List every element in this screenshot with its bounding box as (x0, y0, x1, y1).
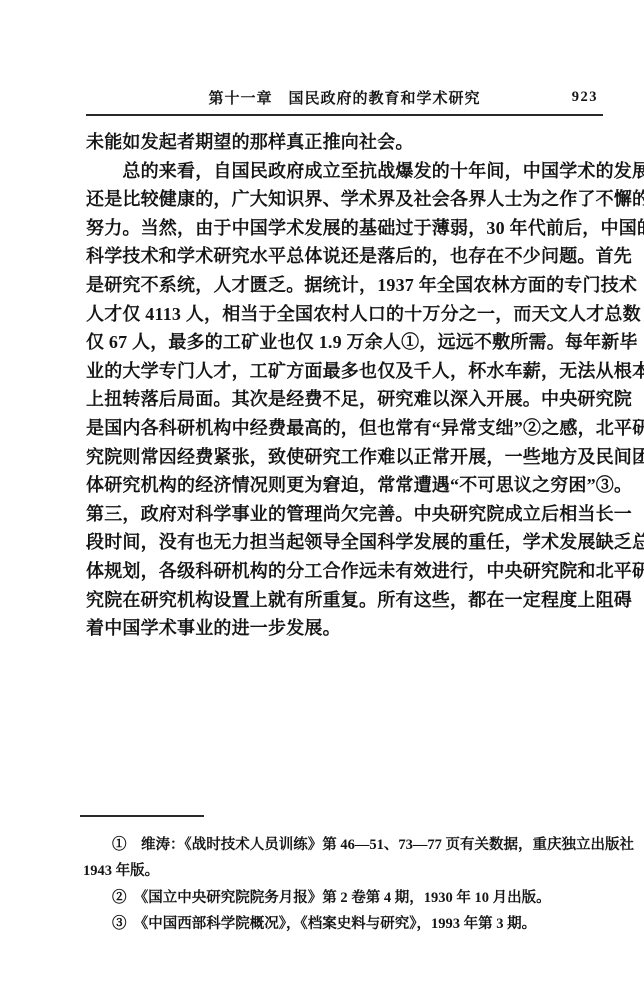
body-text-line: 还是比较健康的，广大知识界、学术界及社会各界人士为之作了不懈的 (86, 185, 608, 214)
body-text-line: 是国内各科研机构中经费最高的，但也常有“异常支绌”②之感，北平研 (86, 414, 608, 443)
footnote-line: ② 《国立中央研究院院务月报》第 2 卷第 4 期，1930 年 10 月出版。 (83, 885, 610, 911)
footnote-line: 1943 年版。 (83, 858, 610, 884)
footnotes: ① 维涛：《战时技术人员训练》第 46—51、73—77 页有关数据，重庆独立出… (83, 832, 610, 937)
body-text-line: 究院则常因经费紧张，致使研究工作难以正常开展，一些地方及民间团 (86, 443, 608, 472)
book-page: 第十一章 国民政府的教育和学术研究 923 未能如发起者期望的那样真正推向社会。… (0, 0, 644, 1000)
body-text-line: 是研究不系统，人才匮乏。据统计，1937 年全国农林方面的专门技术 (86, 271, 608, 300)
body-text-line: 体研究机构的经济情况则更为窘迫，常常遭遇“不可思议之穷困”③。 (86, 471, 608, 500)
footnote-line: ③ 《中国西部科学院概况》，《档案史料与研究》，1993 年第 3 期。 (83, 911, 610, 937)
body-text-line: 努力。当然，由于中国学术发展的基础过于薄弱，30 年代前后，中国的 (86, 214, 608, 243)
body-text-line: 仅 67 人，最多的工矿业也仅 1.9 万余人①，远远不敷所需。每年新毕 (86, 328, 608, 357)
body-text-line: 未能如发起者期望的那样真正推向社会。 (86, 128, 608, 157)
running-head: 第十一章 国民政府的教育和学术研究 923 (86, 87, 603, 107)
body-text-line: 第三，政府对科学事业的管理尚欠完善。中央研究院成立后相当长一 (86, 500, 608, 529)
body-text-line: 总的来看，自国民政府成立至抗战爆发的十年间，中国学术的发展 (86, 157, 608, 186)
body-text-line: 体规划，各级科研机构的分工合作远未有效进行，中央研究院和北平研 (86, 557, 608, 586)
body-text-line: 段时间，没有也无力担当起领导全国科学发展的重任，学术发展缺乏总 (86, 528, 608, 557)
body-text-line: 着中国学术事业的进一步发展。 (86, 614, 608, 643)
body-text-line: 人才仅 4113 人，相当于全国农村人口的十万分之一，而天文人才总数 (86, 300, 608, 329)
page-number: 923 (572, 89, 598, 106)
body-text: 未能如发起者期望的那样真正推向社会。 总的来看，自国民政府成立至抗战爆发的十年间… (86, 128, 608, 643)
footnote-divider (80, 815, 204, 817)
body-text-line: 业的大学专门人才，工矿方面最多也仅及千人，杯水车薪，无法从根本 (86, 357, 608, 386)
body-text-line: 上扭转落后局面。其次是经费不足，研究难以深入开展。中央研究院 (86, 385, 608, 414)
body-text-line: 科学技术和学术研究水平总体说还是落后的，也存在不少问题。首先 (86, 242, 608, 271)
body-text-line: 究院在研究机构设置上就有所重复。所有这些，都在一定程度上阻碍 (86, 586, 608, 615)
header-rule (86, 114, 603, 116)
footnote-line: ① 维涛：《战时技术人员训练》第 46—51、73—77 页有关数据，重庆独立出… (83, 832, 610, 858)
chapter-title: 第十一章 国民政府的教育和学术研究 (86, 87, 603, 108)
